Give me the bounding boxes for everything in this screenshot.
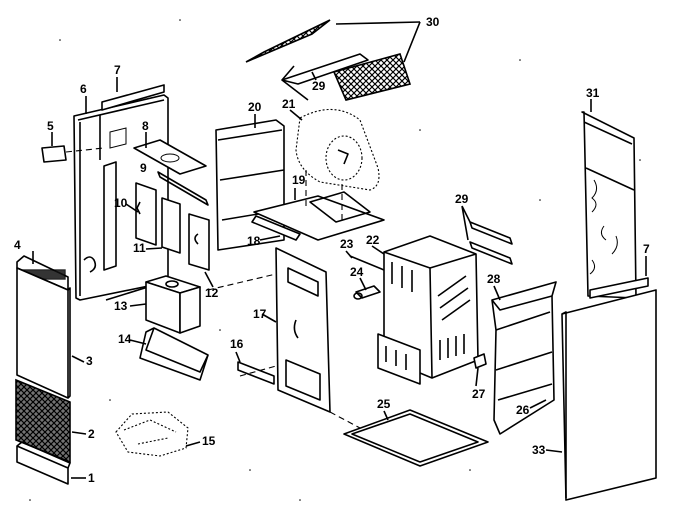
label-23[interactable]: 23 bbox=[340, 237, 354, 251]
label-13[interactable]: 13 bbox=[114, 299, 128, 313]
label-8[interactable]: 8 bbox=[142, 119, 149, 133]
label-7[interactable]: 7 bbox=[114, 63, 121, 77]
label-16[interactable]: 16 bbox=[230, 337, 244, 351]
label-3[interactable]: 3 bbox=[86, 354, 93, 368]
label-15[interactable]: 15 bbox=[202, 434, 216, 448]
label-31[interactable]: 30 bbox=[426, 15, 440, 29]
label-27[interactable]: 27 bbox=[472, 387, 486, 401]
part-24-limit-switch: 24 bbox=[350, 265, 380, 299]
label-33[interactable]: 33 bbox=[532, 443, 546, 457]
label-5[interactable]: 5 bbox=[47, 119, 54, 133]
label-26[interactable]: 26 bbox=[516, 403, 530, 417]
part-22-heat-exchanger: 22 bbox=[366, 233, 478, 384]
label-29[interactable]: 29 bbox=[455, 192, 469, 206]
label-21[interactable]: 21 bbox=[282, 97, 296, 111]
part-31-air-filters: 30 bbox=[246, 15, 440, 100]
part-32-right-side-panel: 31 bbox=[582, 86, 636, 298]
label-14[interactable]: 14 bbox=[118, 332, 132, 346]
label-19[interactable]: 19 bbox=[292, 173, 306, 187]
label-18[interactable]: 18 bbox=[247, 234, 261, 248]
part-16-bottom-bracket: 16 bbox=[230, 337, 274, 384]
label-9[interactable]: 9 bbox=[140, 161, 147, 175]
label-7-right[interactable]: 7 bbox=[643, 242, 650, 256]
part-27-flue-connector: 27 bbox=[472, 354, 486, 401]
label-28[interactable]: 28 bbox=[487, 272, 501, 286]
label-12[interactable]: 12 bbox=[205, 286, 219, 300]
label-17[interactable]: 17 bbox=[253, 307, 267, 321]
label-20[interactable]: 20 bbox=[248, 100, 262, 114]
label-6[interactable]: 6 bbox=[80, 82, 87, 96]
part-25-base-pan: 25 bbox=[330, 397, 488, 466]
furnace-exploded-diagram: 4 3 2 1 6 7 5 bbox=[0, 0, 688, 516]
label-25[interactable]: 25 bbox=[377, 397, 391, 411]
label-4[interactable]: 4 bbox=[14, 238, 21, 252]
label-1[interactable]: 1 bbox=[88, 471, 95, 485]
label-10[interactable]: 10 bbox=[114, 196, 128, 210]
label-30[interactable]: 29 bbox=[312, 79, 326, 93]
label-24[interactable]: 24 bbox=[350, 265, 364, 279]
label-11[interactable]: 11 bbox=[133, 241, 146, 255]
part-15-gas-valve: 15 bbox=[116, 412, 216, 456]
part-14-burner-tray: 14 bbox=[118, 328, 208, 380]
label-32[interactable]: 31 bbox=[586, 86, 600, 100]
part-17-center-partition: 17 bbox=[208, 248, 330, 412]
label-22[interactable]: 22 bbox=[366, 233, 380, 247]
label-2[interactable]: 2 bbox=[88, 427, 95, 441]
